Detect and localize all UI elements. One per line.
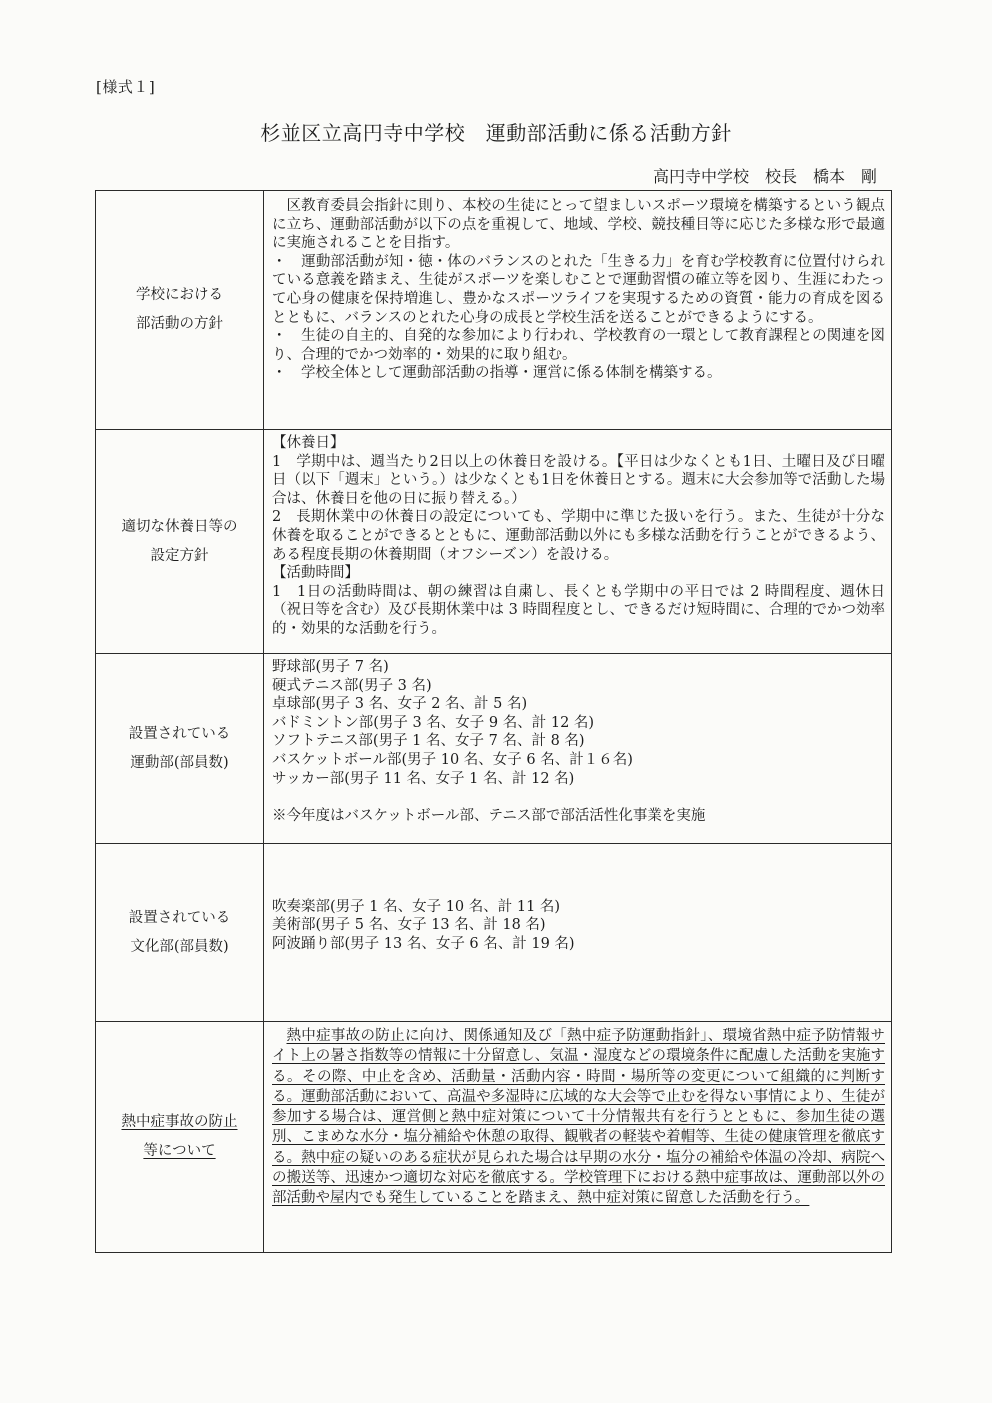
row-content: 【休養日】 1 学期中は、週当たり2日以上の休養日を設ける。【平日は少なくとも1… [264, 430, 892, 654]
paragraph: 1 学期中は、週当たり2日以上の休養日を設ける。【平日は少なくとも1日、土曜日及… [272, 453, 885, 509]
club-item: サッカー部(男子 11 名、女子 1 名、計 12 名) [272, 770, 885, 789]
form-number-label: [様式１] [96, 76, 155, 97]
row-school-policy: 学校における 部活動の方針 区教育委員会指針に則り、本校の生徒にとって望ましいス… [96, 191, 892, 430]
row-culture-clubs: 設置されている 文化部(部員数) 吹奏楽部(男子 1 名、女子 10 名、計 1… [96, 844, 892, 1022]
label-line: 運動部(部員数) [96, 749, 263, 778]
label-line: 適切な休養日等の [96, 513, 263, 542]
row-label: 学校における 部活動の方針 [96, 191, 264, 430]
club-item: 阿波踊り部(男子 13 名、女子 6 名、計 19 名) [272, 935, 885, 954]
label-line: 設置されている [96, 720, 263, 749]
bullet-item: ・ 学校全体として運動部活動の指導・運営に係る体制を構築する。 [272, 364, 885, 383]
row-content: 熱中症事故の防止に向け、関係通知及び「熱中症予防運動指針」、環境省熱中症予防情報… [264, 1022, 892, 1253]
label-line: 設置されている [96, 904, 263, 933]
row-label: 設置されている 文化部(部員数) [96, 844, 264, 1022]
paragraph: 熱中症事故の防止に向け、関係通知及び「熱中症予防運動指針」、環境省熱中症予防情報… [272, 1026, 885, 1209]
label-line: 文化部(部員数) [96, 933, 263, 962]
club-item: バスケットボール部(男子 10 名、女子 6 名、計１６名) [272, 751, 885, 770]
club-item: 硬式テニス部(男子 3 名) [272, 677, 885, 696]
row-content: 野球部(男子 7 名) 硬式テニス部(男子 3 名) 卓球部(男子 3 名、女子… [264, 654, 892, 844]
club-item: 吹奏楽部(男子 1 名、女子 10 名、計 11 名) [272, 898, 885, 917]
note-text: ※今年度はバスケットボール部、テニス部で部活活性化事業を実施 [272, 807, 885, 826]
row-label: 適切な休養日等の 設定方針 [96, 430, 264, 654]
row-content: 区教育委員会指針に則り、本校の生徒にとって望ましいスポーツ環境を構築するという観… [264, 191, 892, 430]
bullet-item: ・ 生徒の自主的、自発的な参加により行われ、学校教育の一環として教育課程との関連… [272, 327, 885, 364]
paragraph: 1 1日の活動時間は、朝の練習は自粛し、長くとも学期中の平日では 2 時間程度、… [272, 583, 885, 639]
section-heading: 【活動時間】 [272, 564, 885, 583]
club-item: ソフトテニス部(男子 1 名、女子 7 名、計 8 名) [272, 732, 885, 751]
paragraph: 区教育委員会指針に則り、本校の生徒にとって望ましいスポーツ環境を構築するという観… [272, 197, 885, 253]
label-line: 部活動の方針 [96, 310, 263, 339]
section-heading: 【休養日】 [272, 434, 885, 453]
club-item: 美術部(男子 5 名、女子 13 名、計 18 名) [272, 916, 885, 935]
label-line: 設定方針 [96, 542, 263, 571]
row-content: 吹奏楽部(男子 1 名、女子 10 名、計 11 名) 美術部(男子 5 名、女… [264, 844, 892, 1022]
author-line: 高円寺中学校 校長 橋本 剛 [653, 164, 877, 187]
spacer [272, 788, 885, 807]
document-title: 杉並区立高円寺中学校 運動部活動に係る活動方針 [0, 117, 992, 146]
club-item: バドミントン部(男子 3 名、女子 9 名、計 12 名) [272, 714, 885, 733]
club-item: 野球部(男子 7 名) [272, 658, 885, 677]
row-heatstroke: 熱中症事故の防止 等について 熱中症事故の防止に向け、関係通知及び「熱中症予防運… [96, 1022, 892, 1253]
bullet-item: ・ 運動部活動が知・徳・体のバランスのとれた「生きる力」を育む学校教育に位置付け… [272, 253, 885, 327]
row-label: 設置されている 運動部(部員数) [96, 654, 264, 844]
row-rest-days: 適切な休養日等の 設定方針 【休養日】 1 学期中は、週当たり2日以上の休養日を… [96, 430, 892, 654]
row-label: 熱中症事故の防止 等について [96, 1022, 264, 1253]
label-line: 学校における [96, 281, 263, 310]
label-line: 等について [96, 1137, 263, 1166]
club-item: 卓球部(男子 3 名、女子 2 名、計 5 名) [272, 695, 885, 714]
label-line: 熱中症事故の防止 [96, 1108, 263, 1137]
paragraph: 2 長期休業中の休養日の設定についても、学期中に準じた扱いを行う。また、生徒が十… [272, 508, 885, 564]
policy-table: 学校における 部活動の方針 区教育委員会指針に則り、本校の生徒にとって望ましいス… [95, 190, 892, 1253]
row-sports-clubs: 設置されている 運動部(部員数) 野球部(男子 7 名) 硬式テニス部(男子 3… [96, 654, 892, 844]
